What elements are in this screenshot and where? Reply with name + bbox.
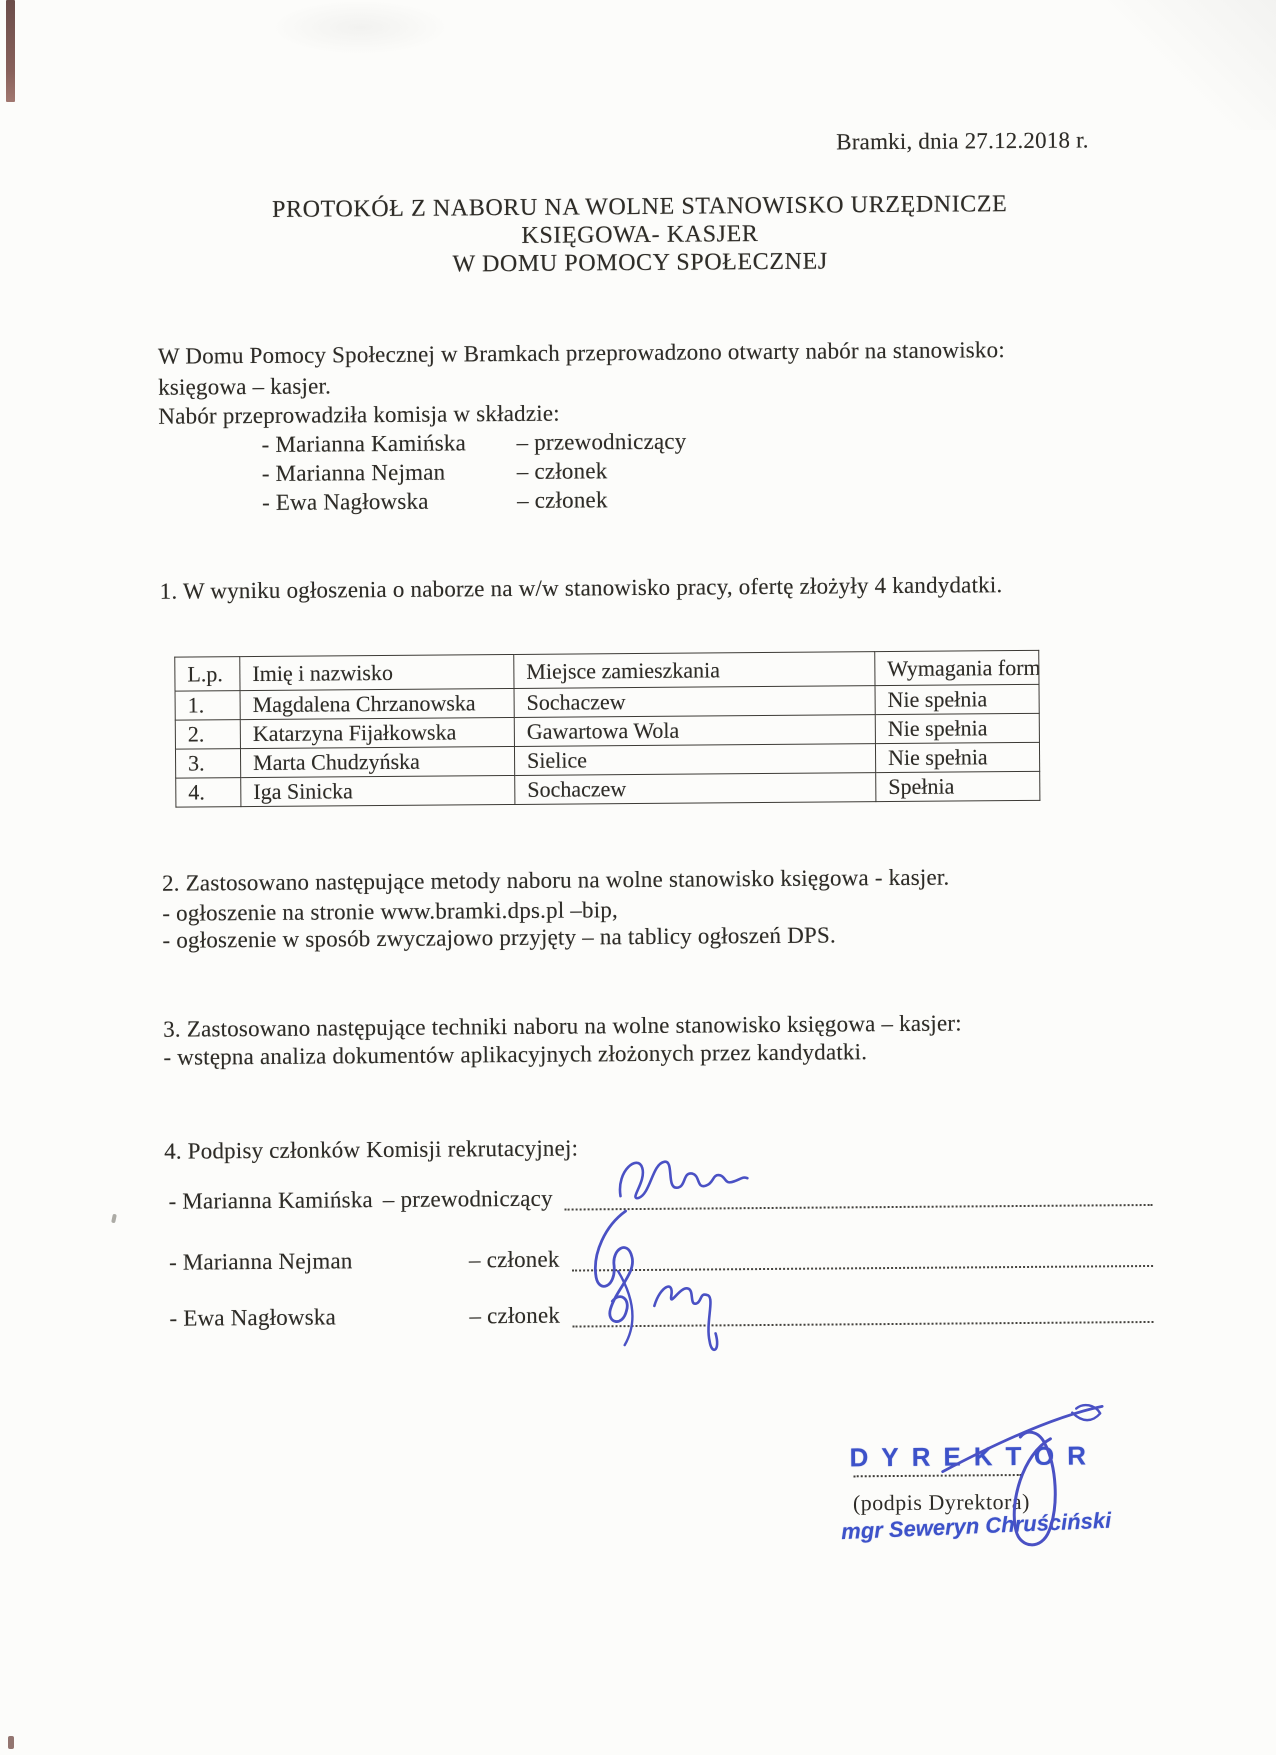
section-2-heading: 2. Zastosowano następujące metody naboru… [162, 865, 950, 897]
section-1-text: 1. W wyniku ogłoszenia o naborze na w/w … [160, 572, 1003, 605]
table-header-name: Imię i nazwisko [240, 654, 514, 690]
handwritten-signature-director [922, 1398, 1113, 1557]
table-header-residence: Miejsce zamieszkania [514, 652, 875, 689]
section-3-heading: 3. Zastosowano następujące techniki nabo… [163, 1010, 962, 1042]
section-2-bullet-1: - ogłoszenie na stronie www.bramki.dps.p… [162, 897, 618, 927]
committee-item: - Ewa Nagłowska – członek [262, 487, 608, 516]
committee-member-role: – członek [517, 458, 608, 485]
intro-line-2: księgowa – kasjer. [158, 373, 331, 400]
cell-residence: Sielice [514, 744, 875, 776]
committee-member-name: - Marianna Nejman [262, 459, 517, 487]
cell-residence: Sochaczew [514, 686, 875, 718]
committee-item: - Marianna Kamińska – przewodniczący [261, 429, 686, 458]
cell-requirements: Nie spełnia [875, 713, 1039, 743]
committee-member-name: - Marianna Kamińska [261, 430, 516, 458]
signature-name: - Ewa Nagłowska [169, 1303, 469, 1335]
table-header-requirements: Wymagania formalne [875, 650, 1039, 685]
committee-member-role: – członek [517, 487, 608, 514]
cell-lp: 2. [175, 720, 240, 750]
committee-member-name: - Ewa Nagłowska [262, 488, 517, 516]
document-title: PROTOKÓŁ Z NABORU NA WOLNE STANOWISKO UR… [157, 189, 1124, 281]
table-header-lp: L.p. [175, 657, 240, 692]
signature-name: - Marianna Nejman [169, 1247, 469, 1279]
committee-item: - Marianna Nejman – członek [262, 458, 608, 487]
cell-requirements: Spełnia [876, 771, 1040, 801]
document-content: Bramki, dnia 27.12.2018 r. PROTOKÓŁ Z NA… [0, 0, 1276, 1755]
cell-name: Magdalena Chrzanowska [240, 688, 514, 719]
signature-role: – przewodniczący [383, 1186, 553, 1217]
cell-requirements: Nie spełnia [875, 684, 1039, 714]
signature-name: - Marianna Kamińska [168, 1187, 373, 1219]
intro-line-1: W Domu Pomocy Społecznej w Bramkach prze… [158, 337, 1005, 370]
cell-name: Iga Sinicka [241, 775, 515, 806]
cell-requirements: Nie spełnia [875, 742, 1039, 772]
cell-residence: Gawartowa Wola [514, 715, 875, 747]
section-2-bullet-2: - ogłoszenie w sposób zwyczajowo przyjęt… [162, 922, 836, 953]
cell-name: Katarzyna Fijałkowska [240, 717, 514, 748]
scanned-document-page: Bramki, dnia 27.12.2018 r. PROTOKÓŁ Z NA… [0, 0, 1276, 1755]
signature-role: – członek [469, 1303, 560, 1334]
cell-lp: 3. [175, 749, 240, 779]
cell-residence: Sochaczew [515, 773, 876, 805]
handwritten-signature-kaminska [612, 1149, 752, 1212]
section-4-heading: 4. Podpisy członków Komisji rekrutacyjne… [164, 1135, 578, 1164]
cell-name: Marta Chudzyńska [240, 746, 514, 777]
section-3-bullet-1: - wstępna analiza dokumentów aplikacyjny… [163, 1039, 867, 1071]
table-row: 4. Iga Sinicka Sochaczew Spełnia [176, 771, 1040, 807]
handwritten-signature-naglowska [648, 1267, 734, 1368]
date-line: Bramki, dnia 27.12.2018 r. [836, 127, 1089, 155]
cell-lp: 1. [175, 691, 240, 721]
candidates-table: L.p. Imię i nazwisko Miejsce zamieszkani… [174, 650, 1040, 808]
signature-role: – członek [469, 1247, 560, 1278]
intro-line-3: Nabór przeprowadziła komisja w składzie: [158, 401, 560, 430]
committee-member-role: – przewodniczący [516, 429, 686, 456]
cell-lp: 4. [176, 778, 241, 808]
candidates-table-wrap: L.p. Imię i nazwisko Miejsce zamieszkani… [174, 650, 1040, 808]
